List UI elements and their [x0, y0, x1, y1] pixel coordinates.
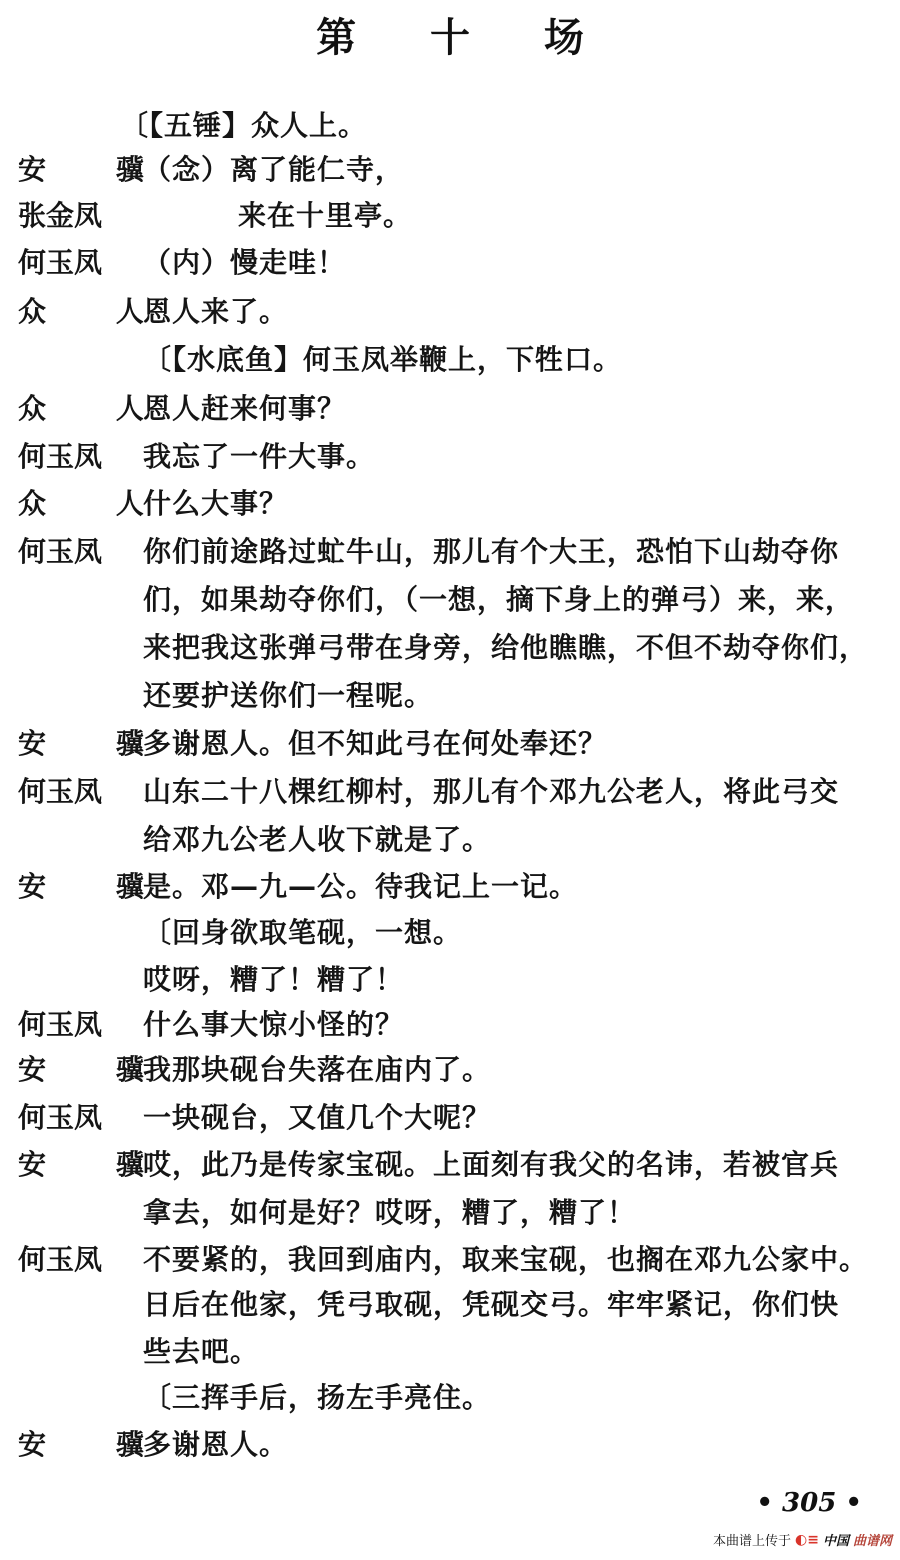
line-text: 我那块砚台失落在庙内了。 [143, 1050, 491, 1090]
script-line: 来把我这张弹弓带在身旁，给他瞧瞧，不但不劫夺你们， [0, 628, 900, 668]
line-text: 什么大事？ [143, 484, 288, 524]
line-text: 〔【水底鱼】何玉凤举鞭上，下牲口。 [143, 340, 622, 380]
script-line: 何玉凤不要紧的，我回到庙内，取来宝砚，也搁在邓九公家中。 [0, 1240, 900, 1280]
scene-title: 第 十 场 [0, 6, 900, 63]
line-text: 不要紧的，我回到庙内，取来宝砚，也搁在邓九公家中。 [143, 1240, 868, 1280]
stage-direction: 〔【五锤】众人上。 [0, 106, 900, 146]
script-line: 哎呀，糟了！糟了！ [0, 960, 900, 1000]
script-line: 安 骥是。邓—九—公。待我记上一记。 [0, 867, 900, 907]
speaker-name: 何玉凤 [18, 772, 118, 812]
speaker-name: 安 骥 [18, 1425, 118, 1465]
speaker-name: 安 骥 [18, 1145, 118, 1185]
line-text: 给邓九公老人收下就是了。 [143, 820, 491, 860]
script-line: 日后在他家，凭弓取砚，凭砚交弓。牢牢紧记，你们快 [0, 1285, 900, 1325]
line-text: 恩人来了。 [143, 292, 288, 332]
script-line: 拿去，如何是好？哎呀，糟了，糟了！ [0, 1193, 900, 1233]
script-line: 何玉凤（内）慢走哇！ [0, 243, 900, 283]
line-text: （念）离了能仁寺， [143, 150, 404, 190]
line-text: 多谢恩人。但不知此弓在何处奉还？ [143, 724, 607, 764]
watermark-site-part2: 曲谱网 [853, 1530, 892, 1549]
speaker-name: 安 骥 [18, 1050, 118, 1090]
speaker-name: 何玉凤 [18, 1005, 118, 1045]
script-line: 众 人恩人来了。 [0, 292, 900, 332]
script-line: 何玉凤一块砚台，又值几个大呢？ [0, 1098, 900, 1138]
speaker-name: 安 骥 [18, 724, 118, 764]
watermark-site-part1: 中国 [823, 1530, 849, 1549]
watermark-prefix: 本曲谱上传于 [713, 1530, 791, 1549]
line-text: 们，如果劫夺你们，（一想，摘下身上的弹弓）来，来， [143, 580, 854, 620]
line-text: 拿去，如何是好？哎呀，糟了，糟了！ [143, 1193, 636, 1233]
site-logo-icon: ◐≡ [795, 1532, 819, 1548]
line-text: 我忘了一件大事。 [143, 437, 375, 477]
page-number: • 305 • [756, 1488, 862, 1518]
script-line: 〔三挥手后，扬左手亮住。 [0, 1378, 900, 1418]
speaker-name: 安 骥 [18, 867, 118, 907]
speaker-name: 何玉凤 [18, 532, 118, 572]
script-line: 众 人恩人赶来何事？ [0, 389, 900, 429]
script-line: 〔回身欲取笔砚，一想。 [0, 913, 900, 953]
speaker-name: 何玉凤 [18, 1098, 118, 1138]
speaker-name: 张金凤 [18, 196, 118, 236]
line-text: 你们前途路过虻牛山，那儿有个大王，恐怕下山劫夺你 [143, 532, 839, 572]
speaker-name: 众 人 [18, 484, 118, 524]
line-text: 一块砚台，又值几个大呢？ [143, 1098, 491, 1138]
line-text: 哎呀，糟了！糟了！ [143, 960, 404, 1000]
line-text: 来把我这张弹弓带在身旁，给他瞧瞧，不但不劫夺你们， [143, 628, 868, 668]
speaker-name: 何玉凤 [18, 437, 118, 477]
watermark: 本曲谱上传于 ◐≡ 中国曲谱网 [713, 1530, 892, 1549]
script-line: 安 骥多谢恩人。但不知此弓在何处奉还？ [0, 724, 900, 764]
line-text: 多谢恩人。 [143, 1425, 288, 1465]
script-line: 张金凤来在十里亭。 [0, 196, 900, 236]
script-line: 何玉凤我忘了一件大事。 [0, 437, 900, 477]
script-line: 何玉凤你们前途路过虻牛山，那儿有个大王，恐怕下山劫夺你 [0, 532, 900, 572]
line-text: 〔【五锤】众人上。 [120, 106, 367, 146]
line-text: 还要护送你们一程呢。 [143, 676, 433, 716]
line-text: 恩人赶来何事？ [143, 389, 346, 429]
speaker-name: 何玉凤 [18, 1240, 118, 1280]
script-line: 何玉凤什么事大惊小怪的？ [0, 1005, 900, 1045]
speaker-name: 众 人 [18, 389, 118, 429]
speaker-name: 何玉凤 [18, 243, 118, 283]
document-page: 第 十 场 〔【五锤】众人上。安 骥（念）离了能仁寺，张金凤来在十里亭。何玉凤（… [0, 0, 900, 1560]
script-line: 安 骥（念）离了能仁寺， [0, 150, 900, 190]
script-line: 们，如果劫夺你们，（一想，摘下身上的弹弓）来，来， [0, 580, 900, 620]
line-text: 哎，此乃是传家宝砚。上面刻有我父的名讳，若被官兵 [143, 1145, 839, 1185]
line-text: 〔三挥手后，扬左手亮住。 [143, 1378, 491, 1418]
script-line: 众 人什么大事？ [0, 484, 900, 524]
script-line: 安 骥哎，此乃是传家宝砚。上面刻有我父的名讳，若被官兵 [0, 1145, 900, 1185]
speaker-name: 安 骥 [18, 150, 118, 190]
line-text: 些去吧。 [143, 1332, 259, 1372]
script-line: 给邓九公老人收下就是了。 [0, 820, 900, 860]
script-line: 安 骥多谢恩人。 [0, 1425, 900, 1465]
line-text: 日后在他家，凭弓取砚，凭砚交弓。牢牢紧记，你们快 [143, 1285, 839, 1325]
line-text: （内）慢走哇！ [143, 243, 346, 283]
line-text: 来在十里亭。 [238, 196, 412, 236]
line-text: 山东二十八棵红柳村，那儿有个邓九公老人，将此弓交 [143, 772, 839, 812]
script-line: 些去吧。 [0, 1332, 900, 1372]
line-text: 〔回身欲取笔砚，一想。 [143, 913, 462, 953]
line-text: 是。邓—九—公。待我记上一记。 [143, 867, 578, 907]
line-text: 什么事大惊小怪的？ [143, 1005, 404, 1045]
stage-direction: 〔【水底鱼】何玉凤举鞭上，下牲口。 [0, 340, 900, 380]
script-line: 何玉凤山东二十八棵红柳村，那儿有个邓九公老人，将此弓交 [0, 772, 900, 812]
speaker-name: 众 人 [18, 292, 118, 332]
script-line: 还要护送你们一程呢。 [0, 676, 900, 716]
script-line: 安 骥我那块砚台失落在庙内了。 [0, 1050, 900, 1090]
